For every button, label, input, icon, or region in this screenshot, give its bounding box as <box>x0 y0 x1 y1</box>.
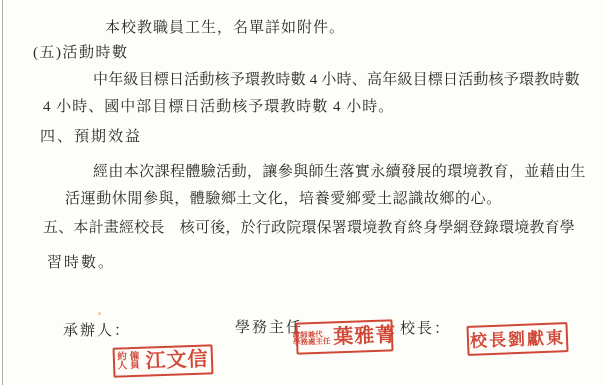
doc-line-approval-2: 習時數。 <box>47 256 115 271</box>
organizer-name-stamp: 約僱 人員 江文信 <box>113 344 214 377</box>
principal-label: 校長： <box>400 322 451 337</box>
doc-heading-activity-hours: (五)活動時數 <box>33 46 129 61</box>
doc-heading-expected-benefits: 四、預期效益 <box>40 130 142 145</box>
doc-line-hours-detail-2: 4 小時、國中部目標日活動核予環教時數 4 小時。 <box>43 100 394 115</box>
organizer-stamp-name: 江文信 <box>145 349 209 371</box>
doc-line-hours-detail-1: 中年級目標日活動核予環教時數 4 小時、高年級目標日活動核予環教時數 <box>93 73 580 88</box>
principal-stamp-name: 校長劉獻東 <box>470 329 566 350</box>
scan-speckle <box>98 312 101 315</box>
principal-name-stamp: 校長劉獻東 <box>466 322 568 356</box>
doc-line-approval-1: 五、本計畫經校長 核可後，於行政院環保署環境教育終身學網登錄環境教育學 <box>43 221 575 236</box>
doc-line-benefits-2: 活運動休閒參與，體驗鄉土文化，培養愛鄉愛土認識故鄉的心。 <box>65 192 502 207</box>
scan-edge-line <box>2 0 3 385</box>
doc-line-benefits-1: 經由本次課程體驗活動，讓參與師生落實永續發展的環境教育，並藉由生 <box>93 165 586 180</box>
director-stamp-name: 葉雅菁 <box>333 325 397 347</box>
organizer-stamp-title: 約僱 人員 <box>117 352 143 372</box>
organizer-stamp-title-row2: 人員 <box>118 362 143 372</box>
scanned-document-page: 本校教職員工生，名單詳如附件。 (五)活動時數 中年級目標日活動核予環教時數 4… <box>0 0 605 385</box>
director-stamp-title-row2: 學務處主任 <box>293 337 331 346</box>
director-stamp-title: 教師兼代 學務處主任 <box>293 330 331 346</box>
director-name-stamp: 教師兼代 學務處主任 葉雅菁 <box>295 319 393 354</box>
organizer-label: 承辦人： <box>63 324 131 339</box>
doc-line-attachment-note: 本校教職員工生，名單詳如附件。 <box>105 21 345 36</box>
